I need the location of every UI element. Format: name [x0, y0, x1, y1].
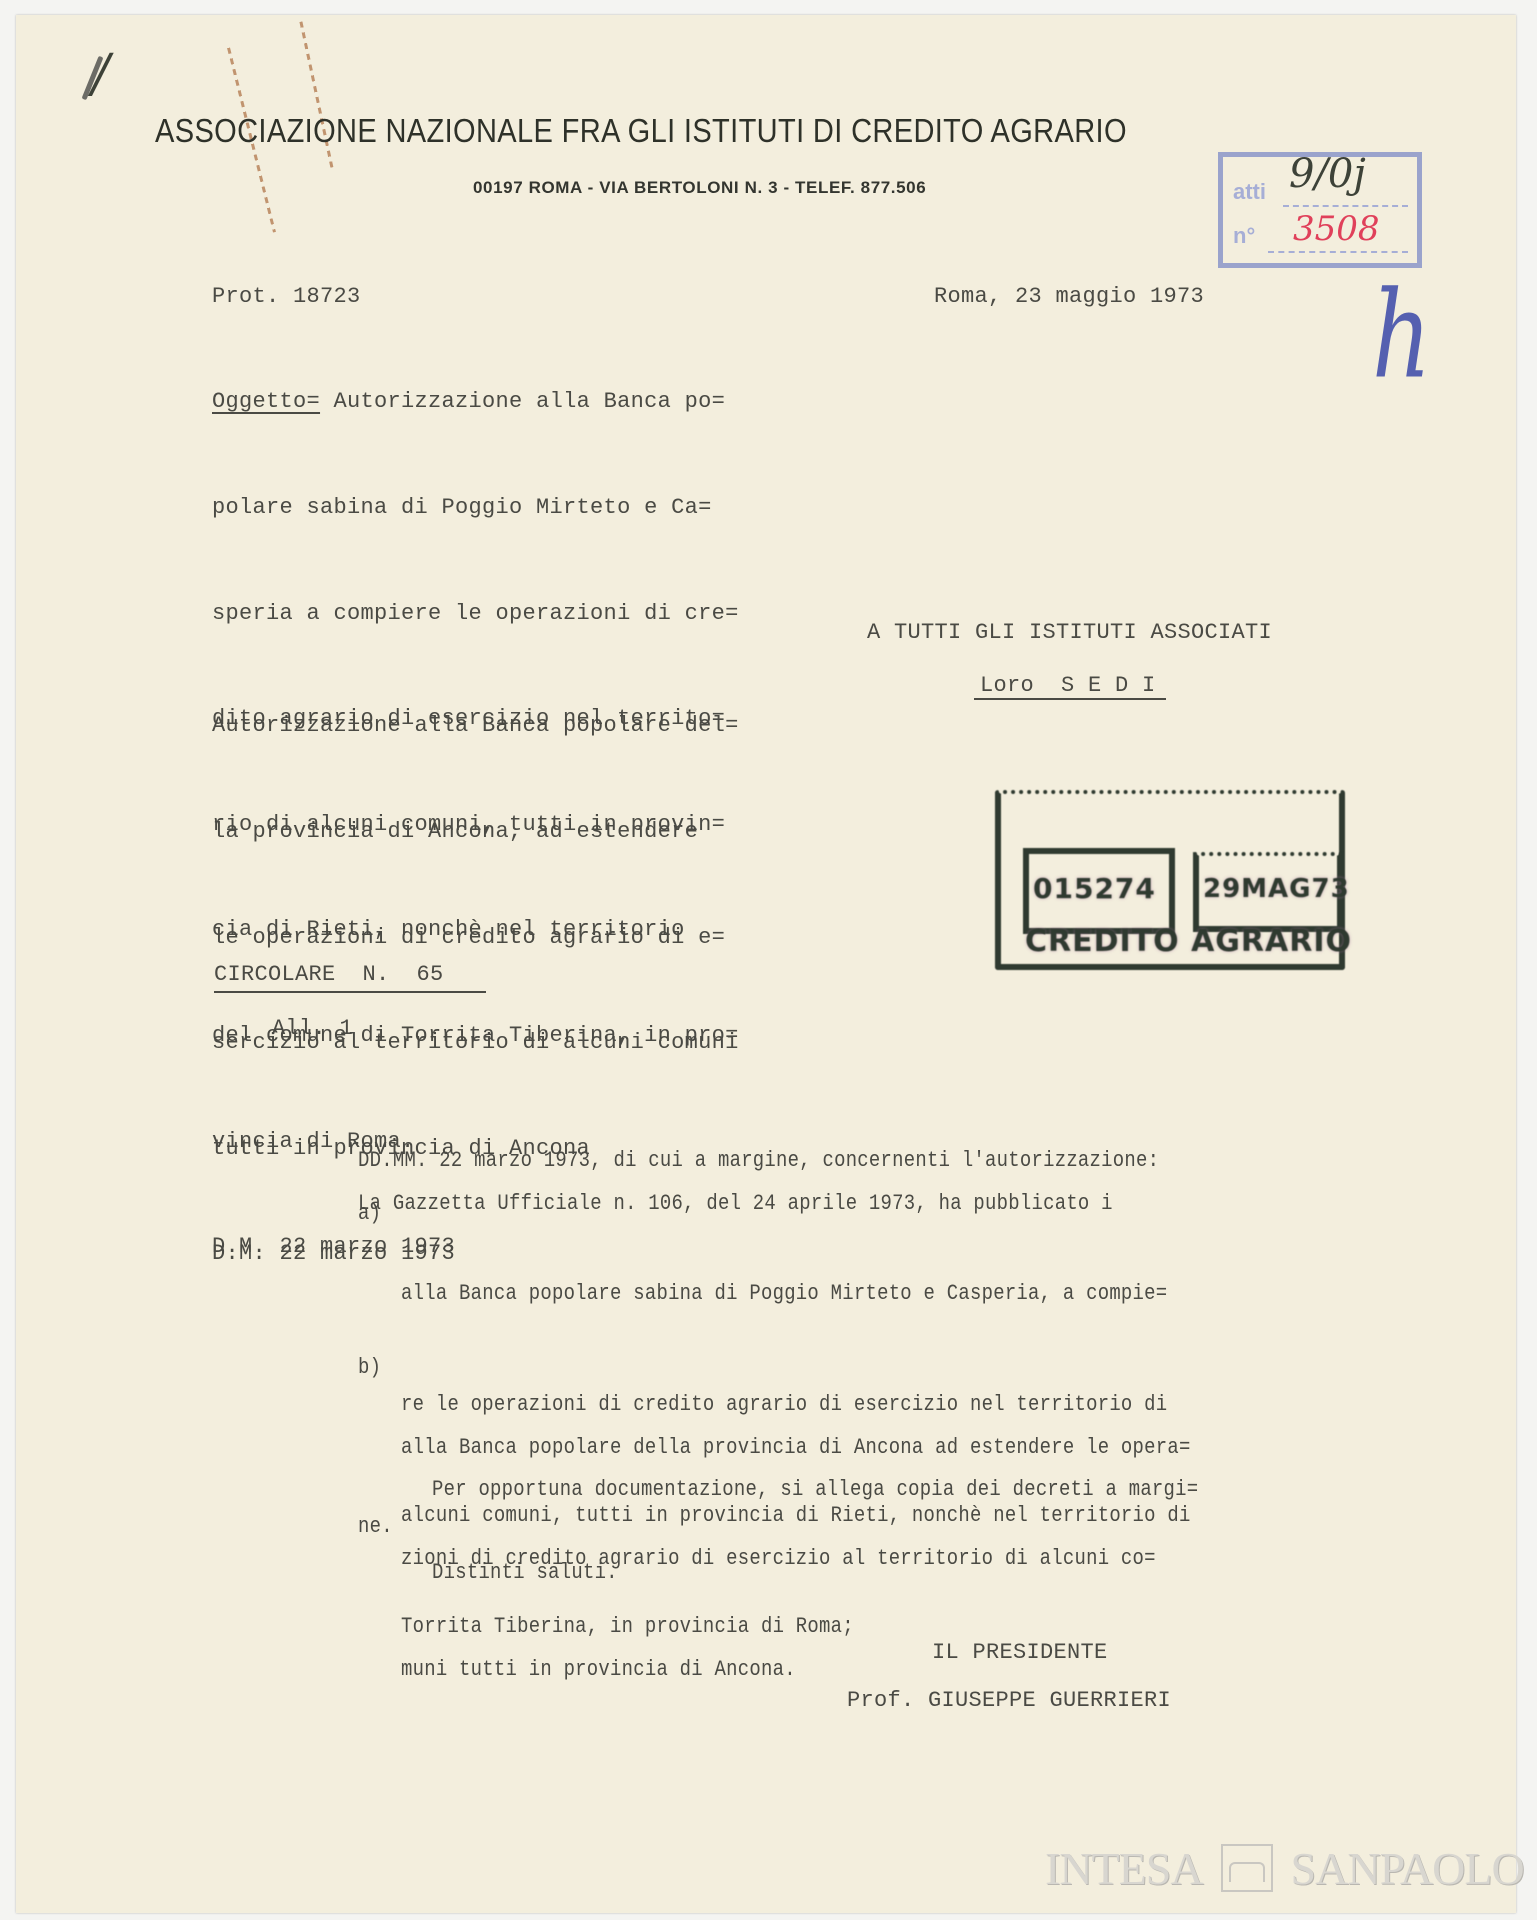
protocol-number: Prot. 18723 [212, 284, 361, 309]
list-item-b: alla Banca popolare della provincia di A… [401, 1355, 1191, 1725]
recipient-underline [974, 698, 1166, 700]
body-line: alla Banca popolare sabina di Poggio Mir… [401, 1275, 1191, 1312]
list-item-a-marker: a) [358, 1201, 381, 1226]
body-line: alla Banca popolare della provincia di A… [401, 1429, 1191, 1466]
letterhead-organization: ASSOCIAZIONE NAZIONALE FRA GLI ISTITUTI … [155, 112, 1127, 150]
registry-stamp: atti 9/0j n° 3508 [1218, 152, 1422, 268]
watermark-right-text: SANPAOLO [1291, 1842, 1524, 1895]
circolare-underline [214, 991, 486, 993]
subject-line: Autorizzazione alla Banca po= [320, 389, 725, 414]
atti-label: atti [1233, 179, 1266, 205]
oggetto-label: Oggetto= [212, 389, 320, 414]
letterhead-address: 00197 ROMA - VIA BERTOLONI N. 3 - TELEF.… [473, 178, 926, 198]
recipient-line-2: Loro S E D I [980, 673, 1156, 698]
subject-line: polare sabina di Poggio Mirteto e Ca= [212, 490, 739, 525]
circolare-number: CIRCOLARE N. 65 [214, 962, 444, 987]
receipt-stamp-number: 015274 [1033, 872, 1156, 905]
subject-1-first-line: Oggetto= Autorizzazione alla Banca po= [212, 384, 739, 419]
receipt-stamp-date: 29MAG73 [1203, 874, 1350, 904]
numero-label: n° [1233, 223, 1255, 249]
signature-title: IL PRESIDENTE [932, 1640, 1108, 1665]
recipient-line-1: A TUTTI GLI ISTITUTI ASSOCIATI [867, 620, 1272, 645]
intesa-sanpaolo-watermark: INTESA SANPAOLO [1045, 1843, 1524, 1893]
receipt-stamp: 015274 29MAG73 CREDITO AGRARIO [993, 782, 1353, 974]
subject-line: le operazioni di credito agrario di e= [212, 920, 739, 955]
attachments-count: All. 1 [272, 1016, 353, 1041]
list-item-b-marker: b) [358, 1355, 381, 1380]
closing-line: Per opportuna documentazione, si allega … [432, 1477, 1198, 1502]
numero-dotted-line [1268, 251, 1408, 253]
subject-line: Autorizzazione alla Banca popolare del= [212, 708, 739, 743]
receipt-stamp-department: CREDITO AGRARIO [1025, 924, 1352, 959]
salutation: Distinti saluti. [432, 1560, 618, 1585]
arches-logo-icon [1221, 1844, 1273, 1892]
handwritten-top-left-mark: / [92, 44, 110, 104]
atti-dotted-line [1283, 205, 1408, 207]
numero-handwritten-value: 3508 [1293, 209, 1380, 249]
watermark-left-text: INTESA [1045, 1842, 1203, 1895]
signature-name: Prof. GIUSEPPE GUERRIERI [847, 1688, 1171, 1713]
atti-handwritten-value: 9/0j [1289, 151, 1366, 197]
body-line: DD.MM. 22 marzo 1973, di cui a margine, … [358, 1148, 1159, 1173]
handwritten-margin-mark: h [1372, 266, 1431, 405]
subject-line: la provincia di Ancona, ad estendere [212, 814, 739, 849]
date-line: Roma, 23 maggio 1973 [934, 284, 1204, 309]
subject-line: speria a compiere le operazioni di cre= [212, 596, 739, 631]
closing-line: ne. [358, 1514, 393, 1539]
